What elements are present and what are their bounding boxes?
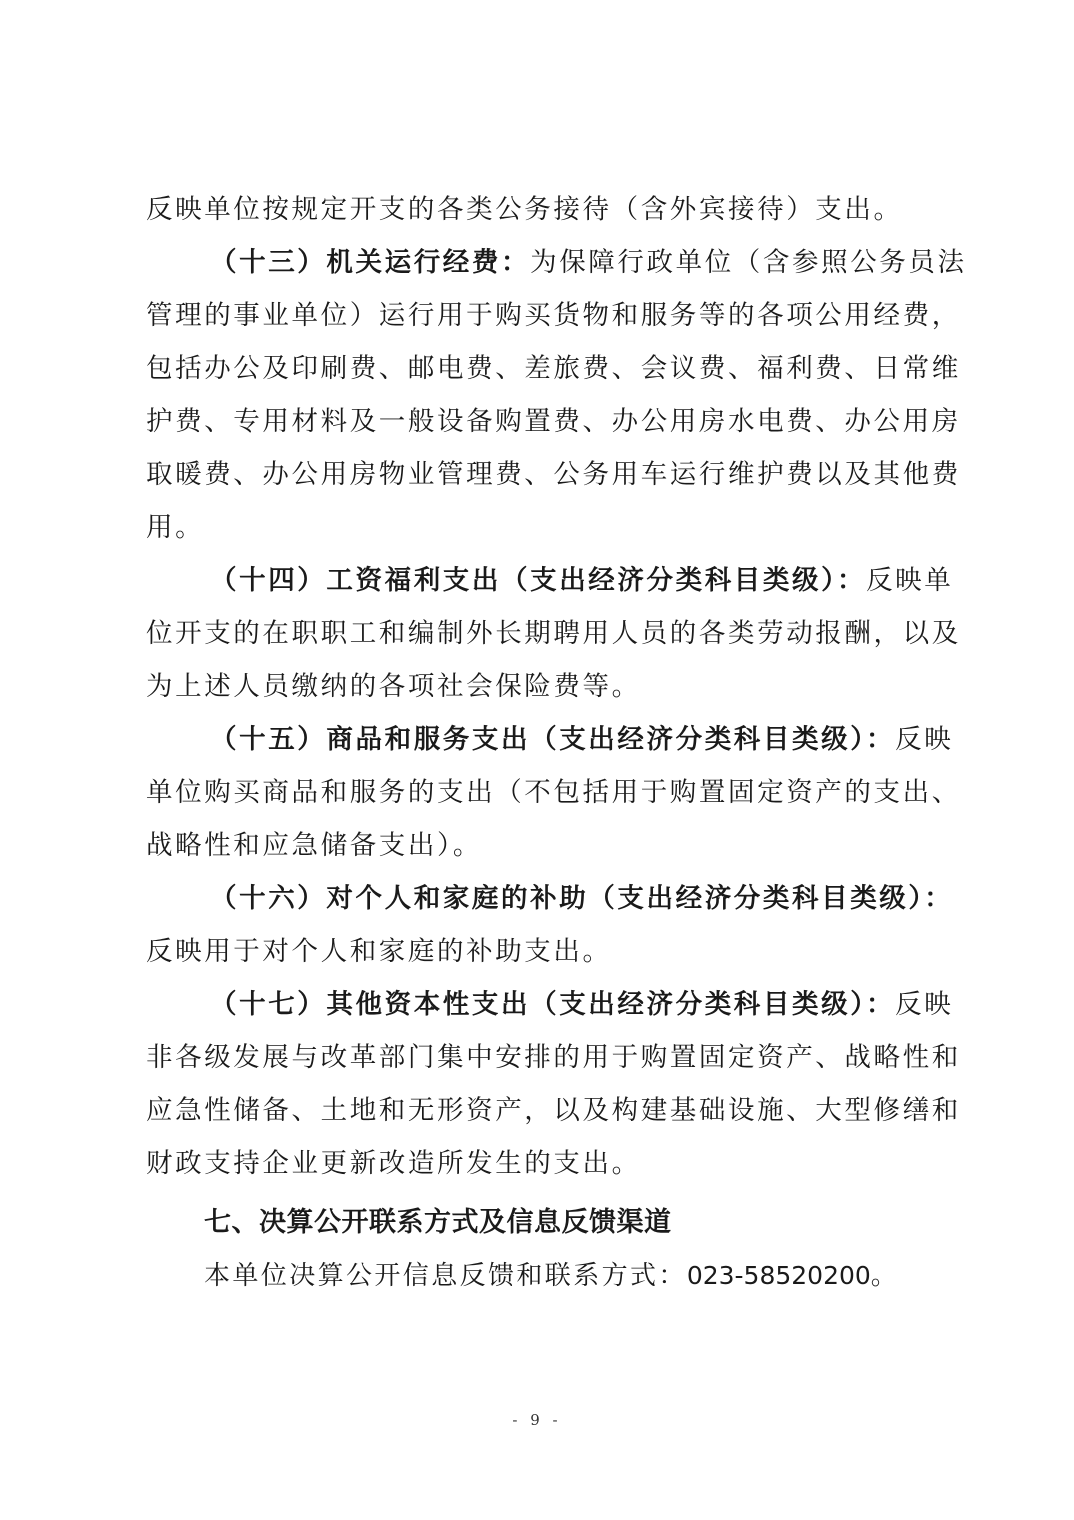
body-text: 反映用于对个人和家庭的补助支出。: [146, 936, 612, 967]
contact-end: 。: [871, 1261, 899, 1291]
body-text: 为上述人员缴纳的各项社会保险费等。: [146, 671, 641, 702]
item-13-title: （十三）机关运行经费：: [210, 247, 530, 278]
page-number: - 9 -: [0, 1411, 1074, 1429]
paragraph-line: 应急性储备、土地和无形资产，以及构建基础设施、大型修缮和: [146, 1091, 942, 1131]
item-15-title: （十五）商品和服务支出（支出经济分类科目类级）：: [210, 724, 895, 755]
body-text: 管理的事业单位）运行用于购买货物和服务等的各项公用经费，: [146, 300, 961, 331]
paragraph-line: 为上述人员缴纳的各项社会保险费等。: [146, 667, 942, 707]
body-text: 包括办公及印刷费、邮电费、差旅费、会议费、福利费、日常维: [146, 353, 961, 384]
paragraph-line: 管理的事业单位）运行用于购买货物和服务等的各项公用经费，: [146, 296, 942, 336]
section-heading: 七、决算公开联系方式及信息反馈渠道: [204, 1203, 672, 1243]
contact-line: 本单位决算公开信息反馈和联系方式：023-58520200。: [204, 1256, 899, 1296]
paragraph-line: 财政支持企业更新改造所发生的支出。: [146, 1144, 942, 1184]
body-text: 为保障行政单位（含参照公务员法: [530, 247, 967, 278]
body-text: 反映单: [866, 565, 953, 596]
body-text: 反映单位按规定开支的各类公务接待（含外宾接待）支出。: [146, 194, 903, 225]
paragraph-line: 包括办公及印刷费、邮电费、差旅费、会议费、福利费、日常维: [146, 349, 942, 389]
item-15-line: （十五）商品和服务支出（支出经济分类科目类级）：反映: [210, 720, 942, 760]
paragraph-line: 反映用于对个人和家庭的补助支出。: [146, 932, 942, 972]
body-text: 应急性储备、土地和无形资产，以及构建基础设施、大型修缮和: [146, 1095, 961, 1126]
item-17-line: （十七）其他资本性支出（支出经济分类科目类级）：反映: [210, 985, 942, 1025]
paragraph-line: 用。: [146, 508, 942, 548]
body-text: 战略性和应急储备支出）。: [146, 830, 482, 861]
item-17-title: （十七）其他资本性支出（支出经济分类科目类级）：: [210, 989, 895, 1020]
item-13-line: （十三）机关运行经费：为保障行政单位（含参照公务员法: [210, 243, 942, 283]
item-14-line: （十四）工资福利支出（支出经济分类科目类级）：反映单: [210, 561, 942, 601]
body-text: 单位购买商品和服务的支出（不包括用于购置固定资产的支出、: [146, 777, 961, 808]
contact-phone: 023-58520200: [687, 1261, 871, 1290]
paragraph-line: 战略性和应急储备支出）。: [146, 826, 942, 866]
paragraph-line: 位开支的在职职工和编制外长期聘用人员的各类劳动报酬，以及: [146, 614, 942, 654]
contact-label: 本单位决算公开信息反馈和联系方式：: [204, 1261, 687, 1291]
paragraph-line: 护费、专用材料及一般设备购置费、办公用房水电费、办公用房: [146, 402, 942, 442]
body-text: 反映: [895, 724, 953, 755]
body-text: 取暖费、办公用房物业管理费、公务用车运行维护费以及其他费: [146, 459, 961, 490]
body-text: 财政支持企业更新改造所发生的支出。: [146, 1148, 641, 1179]
paragraph-line: 取暖费、办公用房物业管理费、公务用车运行维护费以及其他费: [146, 455, 942, 495]
body-text: 反映: [895, 989, 953, 1020]
body-text: 护费、专用材料及一般设备购置费、办公用房水电费、办公用房: [146, 406, 961, 437]
item-16-title: （十六）对个人和家庭的补助（支出经济分类科目类级）：: [210, 883, 953, 914]
item-14-title: （十四）工资福利支出（支出经济分类科目类级）：: [210, 565, 866, 596]
body-text: 非各级发展与改革部门集中安排的用于购置固定资产、战略性和: [146, 1042, 961, 1073]
paragraph-line: 单位购买商品和服务的支出（不包括用于购置固定资产的支出、: [146, 773, 942, 813]
body-text: 用。: [146, 512, 204, 543]
paragraph-line: 反映单位按规定开支的各类公务接待（含外宾接待）支出。: [146, 190, 942, 230]
body-text: 位开支的在职职工和编制外长期聘用人员的各类劳动报酬，以及: [146, 618, 961, 649]
item-16-line: （十六）对个人和家庭的补助（支出经济分类科目类级）：: [210, 879, 942, 919]
paragraph-line: 非各级发展与改革部门集中安排的用于购置固定资产、战略性和: [146, 1038, 942, 1078]
document-page: 反映单位按规定开支的各类公务接待（含外宾接待）支出。 （十三）机关运行经费：为保…: [0, 0, 1074, 1520]
